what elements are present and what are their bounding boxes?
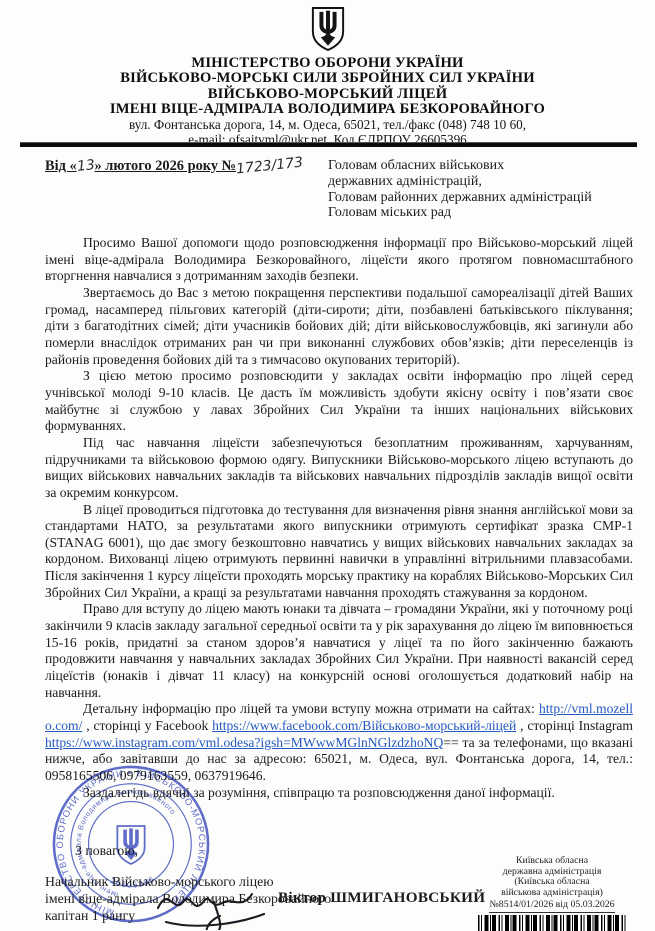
org-line-lyceum: ВІЙСЬКОВО-МОРСЬКИЙ ЛІЦЕЙ	[0, 87, 655, 102]
body-paragraph: З цією метою просимо розповсюдити у закл…	[45, 368, 633, 435]
letter-body: Просимо Вашої допомоги щодо розповсюджен…	[45, 235, 633, 801]
header-divider	[20, 142, 637, 147]
org-line-navy: ВІЙСЬКОВО-МОРСЬКІ СИЛИ ЗБРОЙНИХ СИЛ УКРА…	[0, 71, 655, 86]
facebook-link[interactable]: https://www.facebook.com/Військово-морсь…	[212, 718, 516, 733]
recipient-line: Головам міських рад	[328, 205, 592, 221]
ref-prefix: Від «	[45, 158, 77, 174]
body-paragraph: Просимо Вашої допомоги щодо розповсюджен…	[45, 235, 633, 285]
recipients-block: Головам обласних військових державних ад…	[328, 158, 592, 221]
recipient-line: Головам районних державних адміністрацій	[328, 190, 592, 206]
org-line-ministry: МІНІСТЕРСТВО ОБОРОНИ УКРАЇНИ	[0, 56, 655, 71]
links-mid1: , сторінці у Facebook	[82, 718, 212, 733]
handwritten-day: 13	[76, 157, 95, 175]
reg-stamp-line: Київська обласна	[452, 856, 652, 867]
registration-stamp: Київська обласна державна адміністрація …	[452, 856, 652, 931]
body-paragraph: Під час навчання ліцеїсти забезпечуються…	[45, 435, 633, 502]
links-intro: Детальну інформацію про ліцей та умови в…	[83, 701, 539, 716]
body-paragraph: Право для вступу до ліцею мають юнаки та…	[45, 601, 633, 701]
handwritten-signature	[152, 874, 270, 930]
body-paragraph: В ліцеї проводиться підготовка до тестув…	[45, 502, 633, 602]
tryzub-emblem-icon	[306, 6, 350, 52]
ref-middle: » лютого 2026 року №	[95, 158, 237, 174]
handwritten-number: 1723/173	[235, 155, 303, 178]
reference-line: Від «13» лютого 2026 року №1723/173	[45, 158, 303, 175]
address-line: вул. Фонтанська дорога, 14, м. Одеса, 65…	[0, 117, 655, 132]
instagram-link[interactable]: https://www.instagram.com/vml.odesa?igsh…	[45, 735, 443, 750]
links-mid2: , сторінці Instagram	[516, 718, 633, 733]
recipient-line: Головам обласних військових	[328, 158, 592, 174]
org-line-named: ІМЕНІ ВІЦЕ-АДМІРАЛА ВОЛОДИМИРА БЕЗКОРОВА…	[0, 102, 655, 117]
body-paragraph: Звертаємось до Вас з метою покращення пе…	[45, 285, 633, 368]
scanned-letter-page: МІНІСТЕРСТВО ОБОРОНИ УКРАЇНИ ВІЙСЬКОВО-М…	[0, 0, 655, 931]
reg-stamp-line: військова адміністрація)	[452, 888, 652, 899]
recipient-line: державних адміністрацій,	[328, 174, 592, 190]
barcode	[478, 915, 626, 931]
instagram-link-suffix: ==	[443, 735, 458, 750]
registration-number: №8514/01/2026 від 05.03.2026	[489, 900, 614, 913]
letterhead: МІНІСТЕРСТВО ОБОРОНИ УКРАЇНИ ВІЙСЬКОВО-М…	[0, 6, 655, 147]
